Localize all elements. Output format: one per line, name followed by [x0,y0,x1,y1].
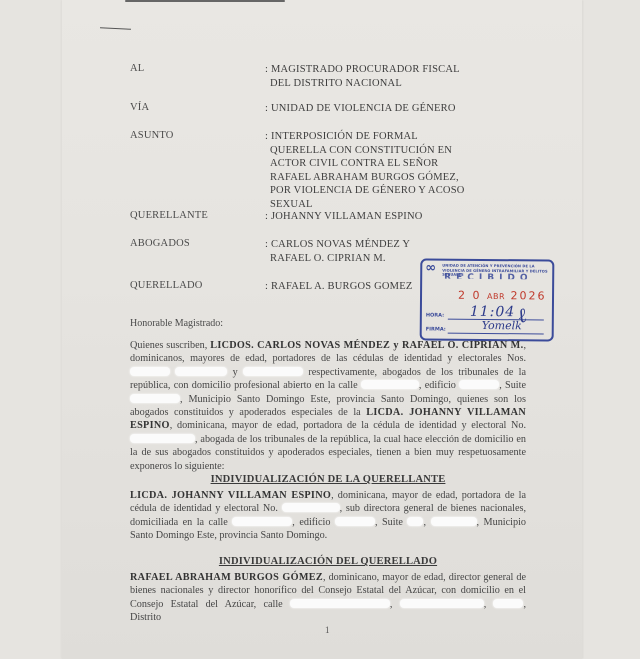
header-label: ABOGADOS [130,238,270,249]
stamp-firma-label: FIRMA: [426,326,446,332]
text: , [390,599,400,610]
header-label: AL [130,63,270,74]
text: y [227,367,243,378]
redacted-field [431,517,477,526]
stamp-hora-label: HORA: [426,312,444,318]
redacted-field [175,367,227,376]
header-label: ASUNTO [130,130,270,141]
header-label: QUERELLADO [130,280,270,291]
redacted-field [335,517,375,526]
header-value: JOHANNY VILLAMAN ESPINO [270,210,480,224]
intro-paragraph: Quienes suscriben, LICDOS. CARLOS NOVAS … [130,339,526,473]
header-label: VÍA [130,102,270,113]
header-value: UNIDAD DE VIOLENCIA DE GÉNERO [270,102,480,116]
section-title-querellado: INDIVIDUALIZACIÓN DEL QUERELLADO [130,556,526,567]
redacted-field [232,517,292,526]
reception-stamp: ∞ Unidad de Atención y Prevención de la … [420,258,555,341]
stamp-date-year: 2026 [511,289,547,302]
redacted-field [130,434,195,443]
querellado-name: RAFAEL ABRAHAM BURGOS GÓMEZ [130,572,323,583]
redacted-field [400,599,484,608]
section-title-querellante: INDIVIDUALIZACIÓN DE LA QUERELLANTE [130,474,526,485]
querellado-paragraph: RAFAEL ABRAHAM BURGOS GÓMEZ, dominicano,… [130,571,526,625]
stamp-firma-line [448,333,544,335]
page-number: 1 [325,625,330,635]
text: , dominicana, mayor de edad, portadora d… [170,420,526,431]
stamp-date-month: ABR [487,292,505,301]
text: Quienes suscriben, [130,340,210,351]
header-label: QUERELLANTE [130,210,270,221]
stamp-title: RECIBIDO [444,273,532,280]
querellante-paragraph: LICDA. JOHANNY VILLAMAN ESPINO, dominica… [130,489,526,543]
stamp-logo-icon: ∞ [425,262,436,274]
text: , [423,517,430,528]
header-value: MAGISTRADO PROCURADOR FISCAL DEL DISTRIT… [270,63,480,90]
redacted-field [130,367,170,376]
text: , edificio [292,517,335,528]
redacted-field [361,380,419,389]
redacted-field [282,503,340,512]
stamp-signature: Yomelk [482,319,522,332]
redacted-field [130,394,180,403]
lawyers-names: LICDOS. CARLOS NOVAS MÉNDEZ y RAFAEL O. … [210,340,523,351]
text: , edificio [419,380,459,391]
stamp-date: 2 0 ABR 2026 [458,289,547,303]
stamp-date-day: 2 0 [458,289,482,302]
redacted-field [407,517,423,526]
top-edge-mark [125,0,285,2]
text: , Suite [499,380,526,391]
redacted-field [243,367,303,376]
header-value: INTERPOSICIÓN DE FORMAL QUERELLA CON CON… [270,130,465,211]
redacted-field [290,599,390,608]
redacted-field [493,599,523,608]
stamp-hora-value: 11:04 [470,304,515,320]
querellante-name: LICDA. JOHANNY VILLAMAN ESPINO [130,490,331,501]
text: , Suite [375,517,408,528]
redacted-field [459,380,499,389]
text: , [484,599,494,610]
salutation: Honorable Magistrado: [130,318,223,329]
